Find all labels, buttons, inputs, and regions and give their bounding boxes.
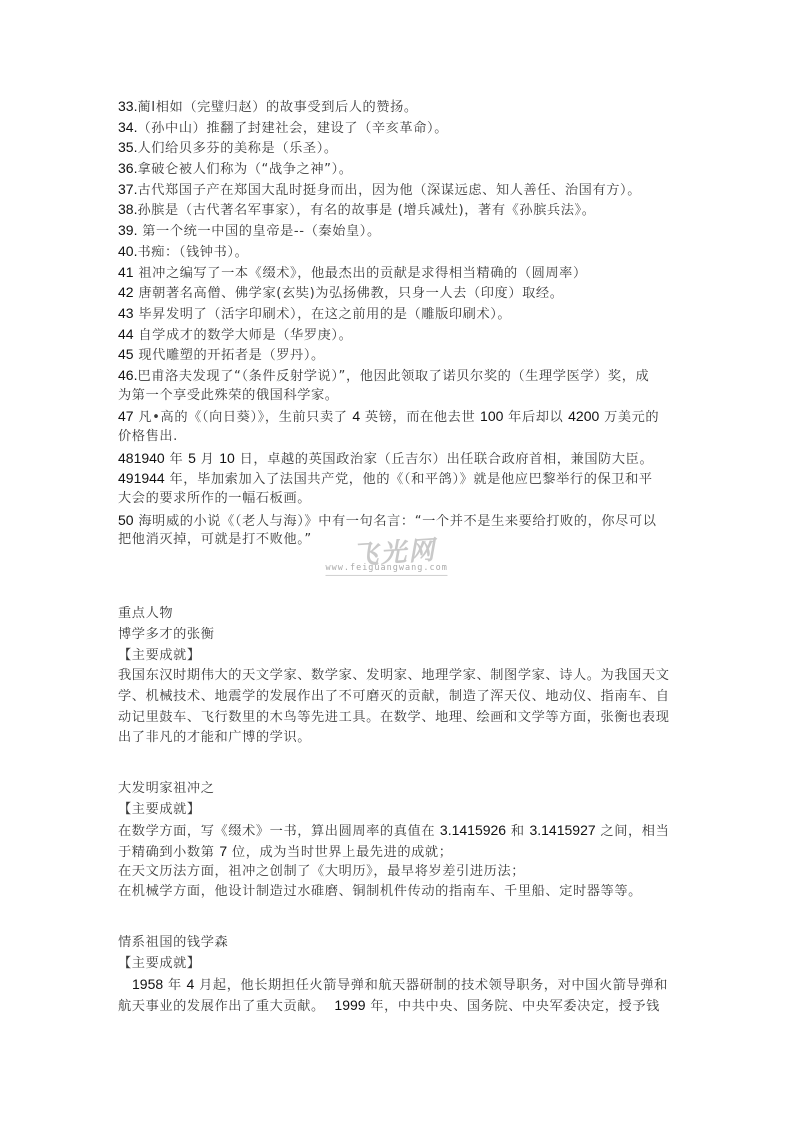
- question-38: 38.孙膑是（古代著名军事家），有名的故事是 (增兵减灶)，著有《孙膑兵法》。: [118, 199, 678, 220]
- achievement-label: 【主要成就】: [118, 646, 678, 667]
- paragraph-line: 在数学方面，写《缀术》一书，算出圆周率的真值在 3.1415926 和 3.14…: [118, 820, 678, 841]
- question-39: 39. 第一个统一中国的皇帝是--（秦始皇）。: [118, 220, 678, 241]
- document-page: 33.蔺Ⅰ相如（完璧归赵）的故事受到后人的赞扬。 34.（孙中山）推翻了封建社会…: [118, 96, 678, 1016]
- question-44: 44 自学成才的数学大师是（华罗庚）。: [118, 324, 678, 345]
- person-heading-zhangheng: 博学多才的张衡: [118, 625, 678, 646]
- question-50: 50 海明威的小说《（老人与海）》中有一句名言：“一个并不是生来要给打败的，你尽…: [118, 510, 678, 531]
- question-48: 481940 年 5 月 10 日，卓越的英国政治家（丘吉尔）出任联合政府首相，…: [118, 448, 678, 469]
- paragraph-line: 动记里鼓车、飞行数里的木鸟等先进工具。在数学、地理、绘画和文学等方面，张衡也表现: [118, 708, 678, 729]
- paragraph-line: 在天文历法方面，祖冲之创制了《大明历》，最早将岁差引进历法；: [118, 862, 678, 883]
- question-34: 34.（孙中山）推翻了封建社会，建设了（辛亥革命）。: [118, 117, 678, 138]
- spacer: [118, 551, 678, 592]
- paragraph-line: 1958 年 4 月起，他长期担任火箭导弹和航天器研制的技术领导职务，对中国火箭…: [118, 974, 678, 995]
- achievement-label: 【主要成就】: [118, 954, 678, 975]
- question-46-continued: 为第一个享受此殊荣的俄国科学家。: [118, 386, 678, 407]
- spacer: [118, 592, 678, 604]
- person-heading-qianxuesen: 情系祖国的钱学森: [118, 933, 678, 954]
- question-47: 47 凡•高的《（向日葵）》，生前只卖了 4 英镑，而在他去世 100 年后却以…: [118, 406, 678, 427]
- question-40: 40.书痴：（钱钟书）。: [118, 241, 678, 262]
- question-43: 43 毕昇发明了（活字印刷术），在这之前用的是（雕版印刷术）。: [118, 303, 678, 324]
- paragraph-line: 我国东汉时期伟大的天文学家、数学家、发明家、地理学家、制图学家、诗人。为我国天文: [118, 666, 678, 687]
- question-35: 35.人们给贝多芬的美称是（乐圣）。: [118, 137, 678, 158]
- achievement-label: 【主要成就】: [118, 800, 678, 821]
- paragraph-line: 出了非凡的才能和广博的学识。: [118, 728, 678, 749]
- paragraph-line: 学、机械技术、地震学的发展作出了不可磨灭的贡献，制造了浑天仪、地动仪、指南车、自: [118, 687, 678, 708]
- question-50-continued: 把他消灭掉，可就是打不败他。”: [118, 530, 678, 551]
- paragraph-line: 在机械学方面，他设计制造过水碓磨、铜制机件传动的指南车、千里船、定时器等等。: [118, 882, 678, 903]
- person-heading-zuchongzhi: 大发明家祖冲之: [118, 779, 678, 800]
- question-46: 46.巴甫洛夫发现了“（条件反射学说）”，他因此领取了诺贝尔奖的（生理学医学）奖…: [118, 365, 678, 386]
- spacer: [118, 749, 678, 779]
- question-47-continued: 价格售出.: [118, 427, 678, 448]
- spacer: [118, 903, 678, 933]
- question-41: 41 祖冲之编写了一本《缀术》，他最杰出的贡献是求得相当精确的（圆周率）: [118, 262, 678, 283]
- section-title: 重点人物: [118, 604, 678, 625]
- question-33: 33.蔺Ⅰ相如（完璧归赵）的故事受到后人的赞扬。: [118, 96, 678, 117]
- question-49-continued: 大会的要求所作的一幅石板画。: [118, 489, 678, 510]
- question-36: 36.拿破仑被人们称为（“战争之神”）。: [118, 158, 678, 179]
- question-49: 491944 年，毕加索加入了法国共产党，他的《（和平鸽）》就是他应巴黎举行的保…: [118, 468, 678, 489]
- question-45: 45 现代雕塑的开拓者是（罗丹）。: [118, 344, 678, 365]
- question-37: 37.古代郑国子产在郑国大乱时挺身而出，因为他（深谋远虑、知人善任、治国有方）。: [118, 179, 678, 200]
- question-42: 42 唐朝著名高僧、佛学家(玄奘)为弘扬佛教，只身一人去（印度）取经。: [118, 282, 678, 303]
- paragraph-line: 于精确到小数第 7 位，成为当时世界上最先进的成就；: [118, 841, 678, 862]
- paragraph-line: 航天事业的发展作出了重大贡献。 1999 年，中共中央、国务院、中央军委决定，授…: [118, 995, 678, 1016]
